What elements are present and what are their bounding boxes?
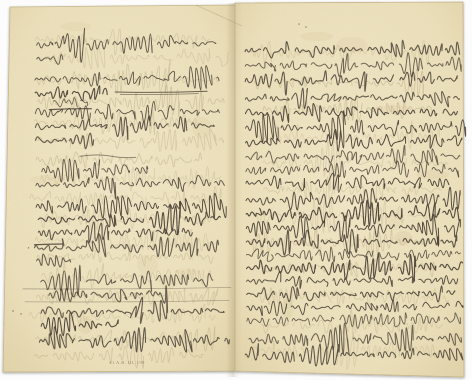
ink-speck <box>12 310 14 312</box>
paper-blotch <box>300 32 333 41</box>
ink-speck <box>20 313 22 315</box>
paper-blotch <box>61 22 91 31</box>
paper-blotch <box>416 170 448 179</box>
paper-blotch <box>174 269 200 275</box>
manuscript-svg: 41 A.B. III, 199 <box>0 0 472 380</box>
center-fold-shading <box>226 3 242 377</box>
ink-speck <box>298 23 300 25</box>
manuscript-scan: 41 A.B. III, 199 <box>0 0 472 380</box>
paper-blotch <box>394 231 412 246</box>
paper-blotch <box>336 37 367 54</box>
ink-speck <box>305 26 307 28</box>
ink-speck <box>28 247 30 249</box>
paper-blotch <box>281 300 293 319</box>
strikethrough-mark <box>34 244 62 245</box>
